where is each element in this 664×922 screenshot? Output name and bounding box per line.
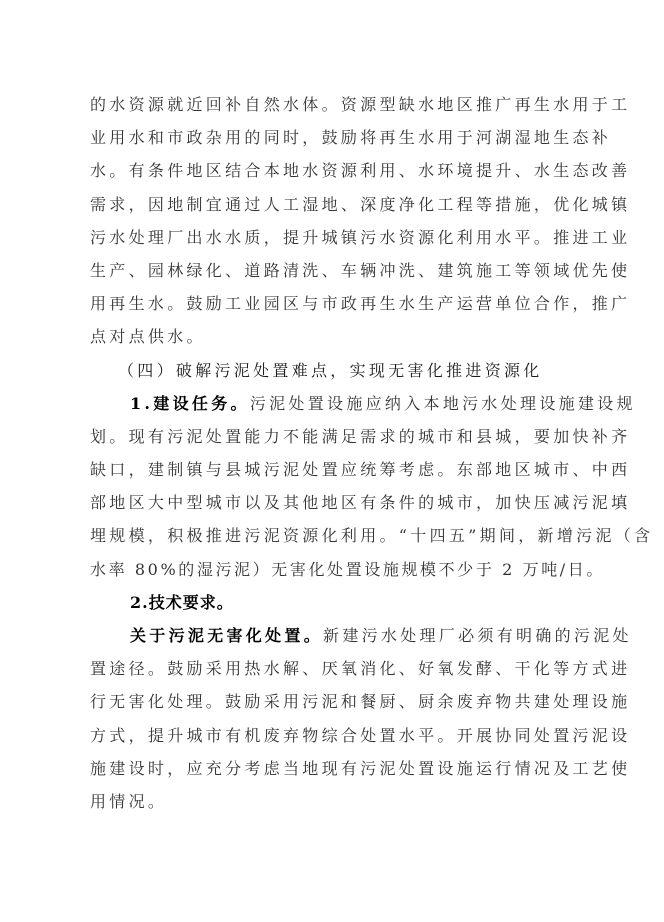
text-line: 置途径。鼓励采用热水解、厌氧消化、好氧发酵、干化等方式进 (90, 652, 580, 685)
text-line: 污水处理厂出水水质，提升城镇污水资源化利用水平。推进工业 (90, 221, 580, 254)
section-heading: （四）破解污泥处置难点，实现无害化推进资源化 (90, 354, 580, 387)
text-line: 用再生水。鼓励工业园区与市政再生水生产运营单位合作，推广 (90, 287, 580, 320)
text-line: 的水资源就近回补自然水体。资源型缺水地区推广再生水用于工 (90, 88, 580, 121)
text-line: 埋规模，积极推进污泥资源化利用。“十四五”期间，新增污泥（含 (90, 519, 580, 552)
text-line: 点对点供水。 (90, 320, 580, 353)
text-line: 水。有条件地区结合本地水资源利用、水环境提升、水生态改善 (90, 154, 580, 187)
item-2-title: 2.技术要求。 (90, 586, 580, 619)
text-line: 业用水和市政杂用的同时，鼓励将再生水用于河湖湿地生态补 (90, 121, 580, 154)
paragraph-water-reuse: 的水资源就近回补自然水体。资源型缺水地区推广再生水用于工 业用水和市政杂用的同时… (90, 88, 580, 354)
item-title: 1.建设任务。 (130, 394, 250, 413)
text-line: 用情况。 (90, 785, 580, 818)
text-line: 关于污泥无害化处置。新建污水处理厂必须有明确的污泥处 (90, 619, 580, 652)
text-line: 方式，提升城市有机废弃物综合处置水平。开展协同处置污泥设 (90, 719, 580, 752)
paragraph-construction-tasks: 1.建设任务。污泥处置设施应纳入本地污水处理设施建设规 划。现有污泥处置能力不能… (90, 387, 580, 586)
item-text: 污泥处置设施应纳入本地污水处理设施建设规 (250, 394, 636, 413)
text-line: 1.建设任务。污泥处置设施应纳入本地污水处理设施建设规 (90, 387, 580, 420)
document-page: 的水资源就近回补自然水体。资源型缺水地区推广再生水用于工 业用水和市政杂用的同时… (90, 88, 580, 818)
text-line: 需求，因地制宜通过人工湿地、深度净化工程等措施，优化城镇 (90, 188, 580, 221)
paragraph-sludge-treatment: 关于污泥无害化处置。新建污水处理厂必须有明确的污泥处 置途径。鼓励采用热水解、厌… (90, 619, 580, 818)
text-line: 施建设时，应充分考虑当地现有污泥处置设施运行情况及工艺使 (90, 752, 580, 785)
text-line: 生产、园林绿化、道路清洗、车辆冲洗、建筑施工等领域优先使 (90, 254, 580, 287)
text-line: 部地区大中型城市以及其他地区有条件的城市，加快压减污泥填 (90, 486, 580, 519)
sub-item-title: 关于污泥无害化处置。 (130, 626, 323, 645)
text-line: 缺口，建制镇与县城污泥处置应统筹考虑。东部地区城市、中西 (90, 453, 580, 486)
sub-item-text: 新建污水处理厂必须有明确的污泥处 (323, 626, 632, 645)
text-line: 行无害化处理。鼓励采用污泥和餐厨、厨余废弃物共建处理设施 (90, 685, 580, 718)
text-line: 水率 80%的湿污泥）无害化处置设施规模不少于 2 万吨/日。 (90, 553, 580, 586)
text-line: 划。现有污泥处置能力不能满足需求的城市和县城，要加快补齐 (90, 420, 580, 453)
